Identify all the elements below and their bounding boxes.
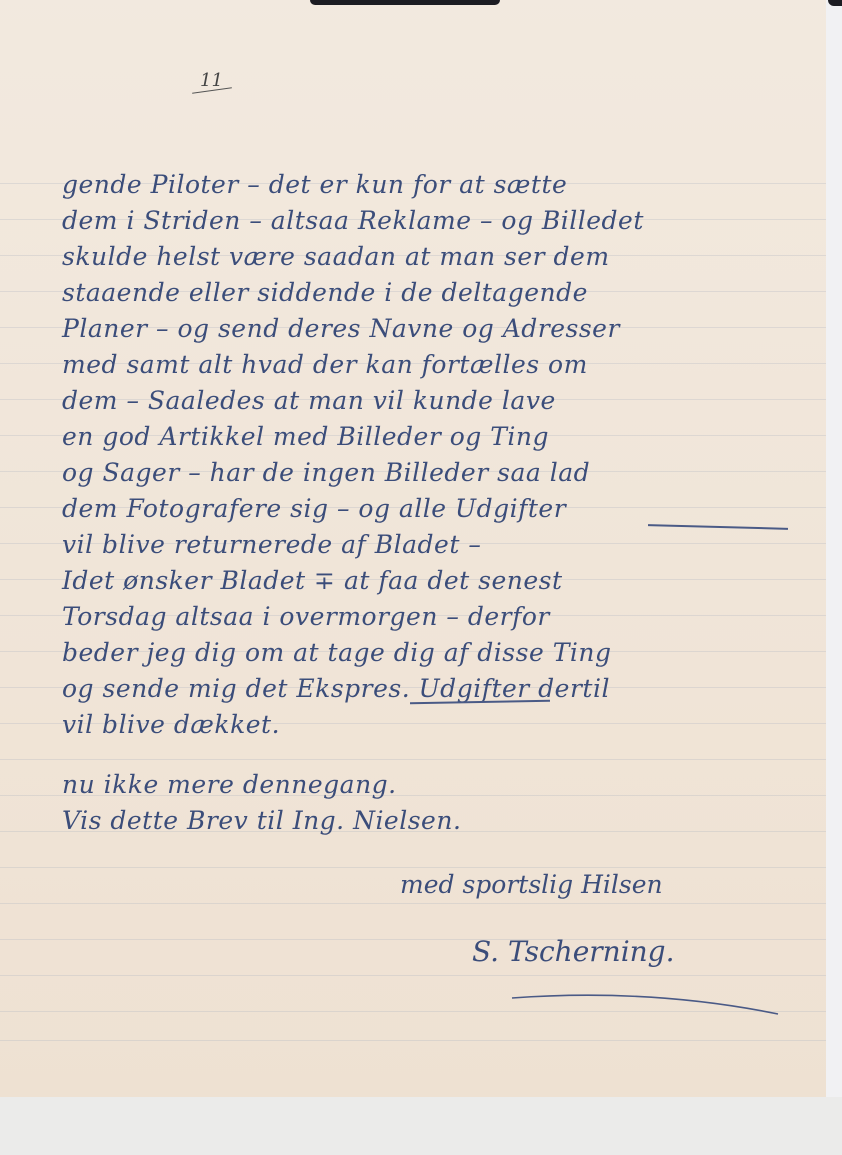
body-line: staaende eller siddende i de deltagende (62, 278, 588, 307)
signature-flourish (510, 990, 780, 1020)
ruling-line (0, 867, 826, 868)
page-number: 11 (200, 70, 223, 91)
clip-shadow (310, 0, 500, 5)
body-line: Planer – og send deres Navne og Adresser (62, 314, 620, 343)
body-line: skulde helst være saadan at man ser dem (62, 242, 610, 271)
ruling-line (0, 975, 826, 976)
body-line: dem – Saaledes at man vil kunde lave (62, 386, 556, 415)
ruling-line (0, 1040, 826, 1041)
body-line: en god Artikkel med Billeder og Ting (62, 422, 549, 451)
body-line: dem Fotografere sig – og alle Udgifter (62, 494, 566, 523)
body-line: med samt alt hvad der kan fortælles om (62, 350, 588, 379)
closing-salutation: med sportslig Hilsen (400, 870, 663, 899)
clip-shadow (828, 0, 842, 6)
body-line: og sende mig det Ekspres. Udgifter derti… (62, 674, 610, 703)
ruling-line (0, 939, 826, 940)
signature: S. Tscherning. (472, 935, 675, 968)
scanner-margin (826, 0, 842, 1097)
ruling-line (0, 759, 826, 760)
body-line: vil blive returnerede af Bladet – (62, 530, 481, 559)
body-line: og Sager – har de ingen Billeder saa lad (62, 458, 590, 487)
body-line: Idet ønsker Bladet ∓ at faa det senest (62, 566, 563, 595)
body-line: beder jeg dig om at tage dig af disse Ti… (62, 638, 611, 667)
ruling-line (0, 903, 826, 904)
postscript-line: Vis dette Brev til Ing. Nielsen. (62, 806, 461, 835)
body-line: dem i Striden – altsaa Reklame – og Bill… (62, 206, 644, 235)
postscript-line: nu ikke mere dennegang. (62, 770, 397, 799)
body-line: vil blive dækket. (62, 710, 280, 739)
body-line: Torsdag altsaa i overmorgen – derfor (62, 602, 550, 631)
body-line: gende Piloter – det er kun for at sætte (62, 170, 567, 199)
